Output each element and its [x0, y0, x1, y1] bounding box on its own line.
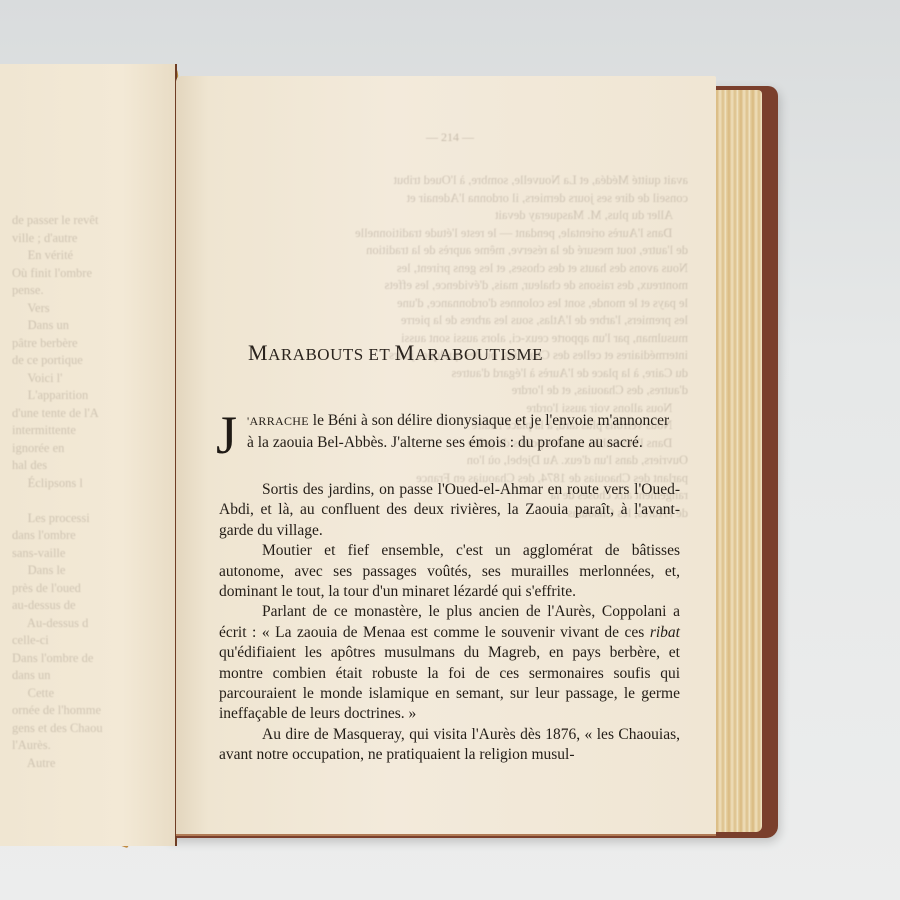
paragraph-3: Parlant de ce monastère, le plus ancien … [219, 602, 680, 724]
paragraph-3-italic: ribat [650, 624, 680, 641]
left-page-bleed-through-text: de passer le revêt ville ; d'autre En vé… [12, 212, 172, 772]
intro-line-2: à la zaouia Bel-Abbès. J'alterne ses émo… [247, 434, 643, 451]
intro-small-caps: 'ARRACHE [247, 414, 309, 428]
paragraph-1: Sortis des jardins, on passe l'Oued-el-A… [219, 480, 680, 541]
intro-paragraph: 'ARRACHE le Béni à son délire dionysiaqu… [247, 410, 677, 453]
drop-cap: J [216, 408, 237, 462]
paragraph-3-text-a: Parlant de ce monastère, le plus ancien … [219, 603, 680, 640]
chapter-title: MARABOUTS ET MARABOUTISME [248, 340, 628, 366]
paragraph-3-text-b: qu'édifiaient les apôtres musulmans du M… [219, 644, 680, 722]
page-number: — 214 — [420, 130, 480, 145]
title-part-2: ARABOUTISME [415, 345, 543, 364]
open-book: de passer le revêt ville ; d'autre En vé… [0, 0, 900, 900]
left-page: de passer le revêt ville ; d'autre En vé… [0, 64, 177, 846]
title-initial-1: M [248, 340, 268, 365]
paragraph-2: Moutier et fief ensemble, c'est un agglo… [219, 541, 680, 602]
paragraph-4: Au dire de Masqueray, qui visita l'Aurès… [219, 725, 680, 766]
body-text: Sortis des jardins, on passe l'Oued-el-A… [219, 480, 680, 766]
intro-line-1: le Béni à son délire dionysiaque et je l… [309, 412, 669, 429]
title-initial-2: M [395, 340, 415, 365]
title-part-1: ARABOUTS ET [268, 345, 395, 364]
